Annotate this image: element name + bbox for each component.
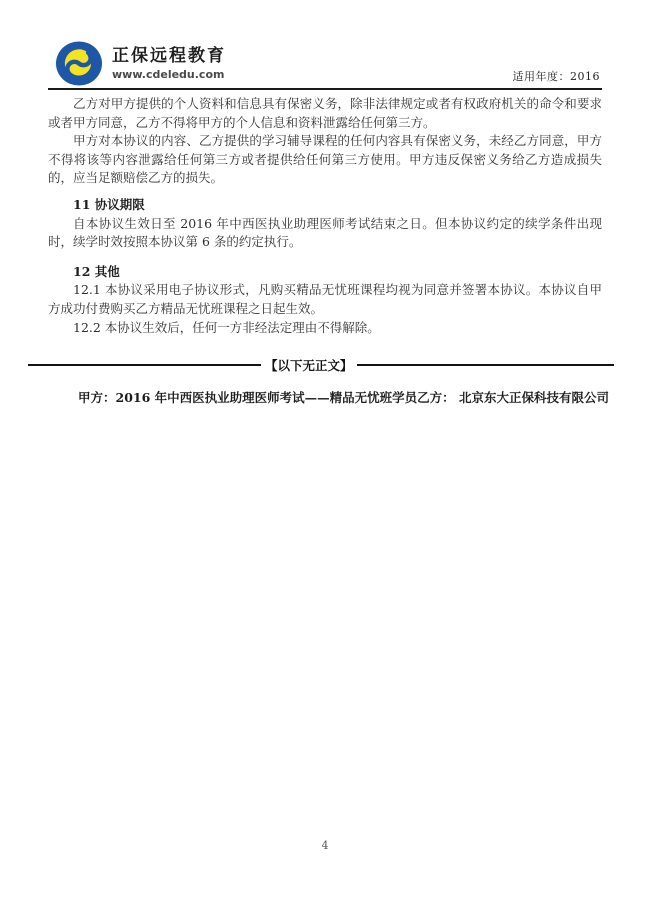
end-marker-rule-left bbox=[28, 364, 261, 366]
section-12-heading: 12 其他 bbox=[48, 263, 602, 282]
end-of-text-marker: 【以下无正文】 bbox=[28, 356, 614, 374]
brand: 正保远程教育 www.cdeledu.com bbox=[54, 40, 226, 87]
brand-name: 正保远程教育 bbox=[112, 46, 226, 66]
parties-line: 甲方：2016 年中西医执业助理医师考试——精品无忧班学员 乙方： 北京东大正保… bbox=[48, 388, 602, 406]
party-a-label: 甲方：2016 年中西医执业助理医师考试——精品无忧班学员 bbox=[78, 388, 417, 406]
document-body: 乙方对甲方提供的个人资料和信息具有保密义务，除非法律规定或者有权政府机关的命令和… bbox=[48, 90, 602, 337]
end-marker-label: 【以下无正文】 bbox=[261, 356, 357, 374]
brand-logo-icon bbox=[54, 40, 104, 87]
section-11-heading: 11 协议期限 bbox=[48, 196, 602, 215]
applicable-year-label: 适用年度：2016 bbox=[513, 68, 601, 84]
end-marker-rule-right bbox=[357, 364, 615, 366]
paragraph-confidentiality-party-b: 乙方对甲方提供的个人资料和信息具有保密义务，除非法律规定或者有权政府机关的命令和… bbox=[48, 95, 602, 132]
page-header: 正保远程教育 www.cdeledu.com 适用年度：2016 bbox=[48, 40, 602, 90]
section-12-2-paragraph: 12.2 本协议生效后，任何一方非经法定理由不得解除。 bbox=[48, 319, 602, 338]
brand-text: 正保远程教育 www.cdeledu.com bbox=[112, 46, 226, 82]
section-11-paragraph: 自本协议生效日至 2016 年中西医执业助理医师考试结束之日。但本协议约定的续学… bbox=[48, 215, 602, 252]
paragraph-confidentiality-party-a: 甲方对本协议的内容、乙方提供的学习辅导课程的任何内容具有保密义务，未经乙方同意，… bbox=[48, 132, 602, 188]
document-page: 正保远程教育 www.cdeledu.com 适用年度：2016 乙方对甲方提供… bbox=[0, 0, 650, 919]
section-12-1-paragraph: 12.1 本协议采用电子协议形式，凡购买精品无忧班课程均视为同意并签署本协议。本… bbox=[48, 281, 602, 318]
party-b-label: 乙方： 北京东大正保科技有限公司 bbox=[417, 388, 609, 406]
page-number: 4 bbox=[0, 839, 650, 852]
brand-url: www.cdeledu.com bbox=[112, 68, 226, 82]
